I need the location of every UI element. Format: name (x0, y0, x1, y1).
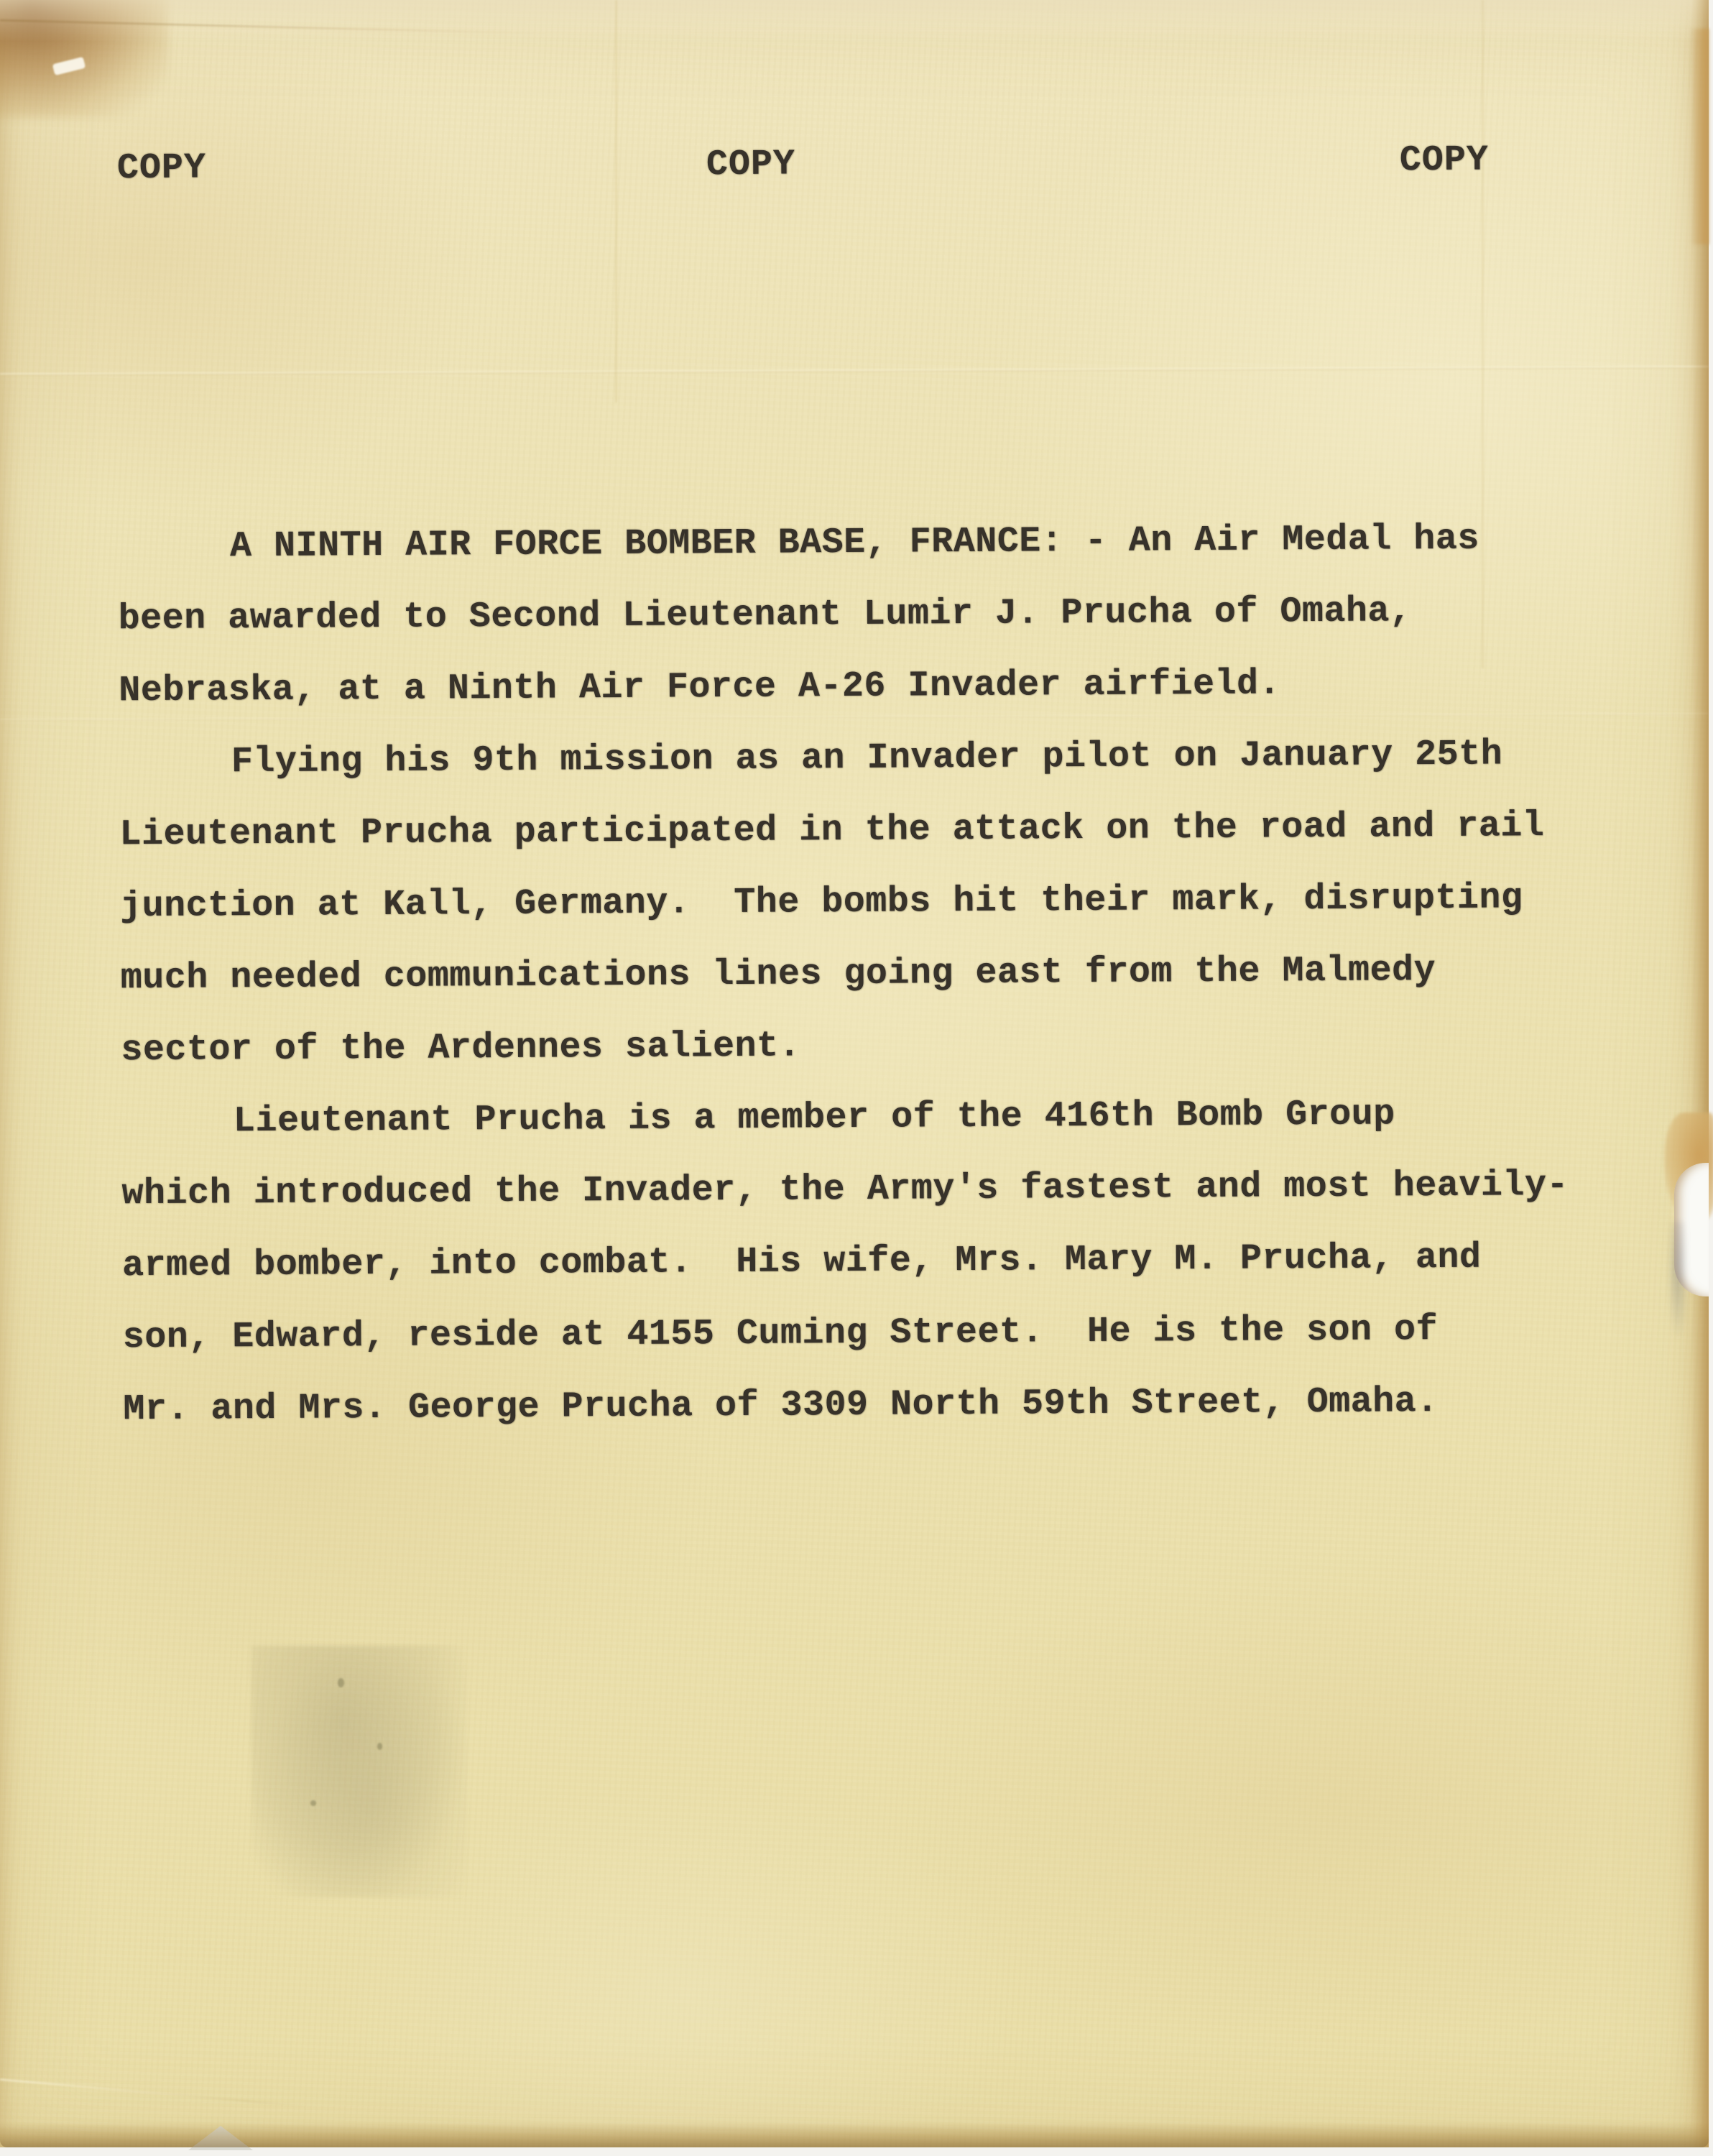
doc-line: Nebraska, at a Ninth Air Force A-26 Inva… (119, 646, 1614, 727)
doc-line: Lieutenant Prucha is a member of the 416… (121, 1077, 1617, 1158)
doc-line: son, Edward, reside at 4155 Cuming Stree… (123, 1293, 1618, 1374)
doc-line: been awarded to Second Lieutenant Lumir … (118, 575, 1613, 656)
doc-line: Flying his 9th mission as an Invader pil… (119, 718, 1615, 799)
doc-line: junction at Kall, Germany. The bombs hit… (120, 862, 1615, 943)
copy-stamp-left: COPY (117, 147, 206, 189)
copy-stamp-center: COPY (706, 144, 795, 185)
doc-line: sector of the Ardennes salient. (121, 1005, 1616, 1087)
doc-line: much needed communications lines going e… (120, 934, 1615, 1015)
doc-line: A NINTH AIR FORCE BOMBER BASE, FRANCE: -… (118, 503, 1613, 584)
doc-line: armed bomber, into combat. His wife, Mrs… (122, 1221, 1617, 1302)
doc-line: which introduced the Invader, the Army's… (121, 1149, 1617, 1230)
copy-stamp-right: COPY (1400, 140, 1489, 182)
doc-line: Lieutenant Prucha participated in the at… (119, 790, 1615, 871)
paper-sheet: COPY COPY COPY A NINTH AIR FORCE BOMBER … (0, 0, 1709, 2147)
doc-line: Mr. and Mrs. George Prucha of 3309 North… (123, 1365, 1618, 1446)
document-body: A NINTH AIR FORCE BOMBER BASE, FRANCE: -… (118, 503, 1618, 1447)
typewritten-layer: COPY COPY COPY A NINTH AIR FORCE BOMBER … (0, 0, 1713, 2148)
